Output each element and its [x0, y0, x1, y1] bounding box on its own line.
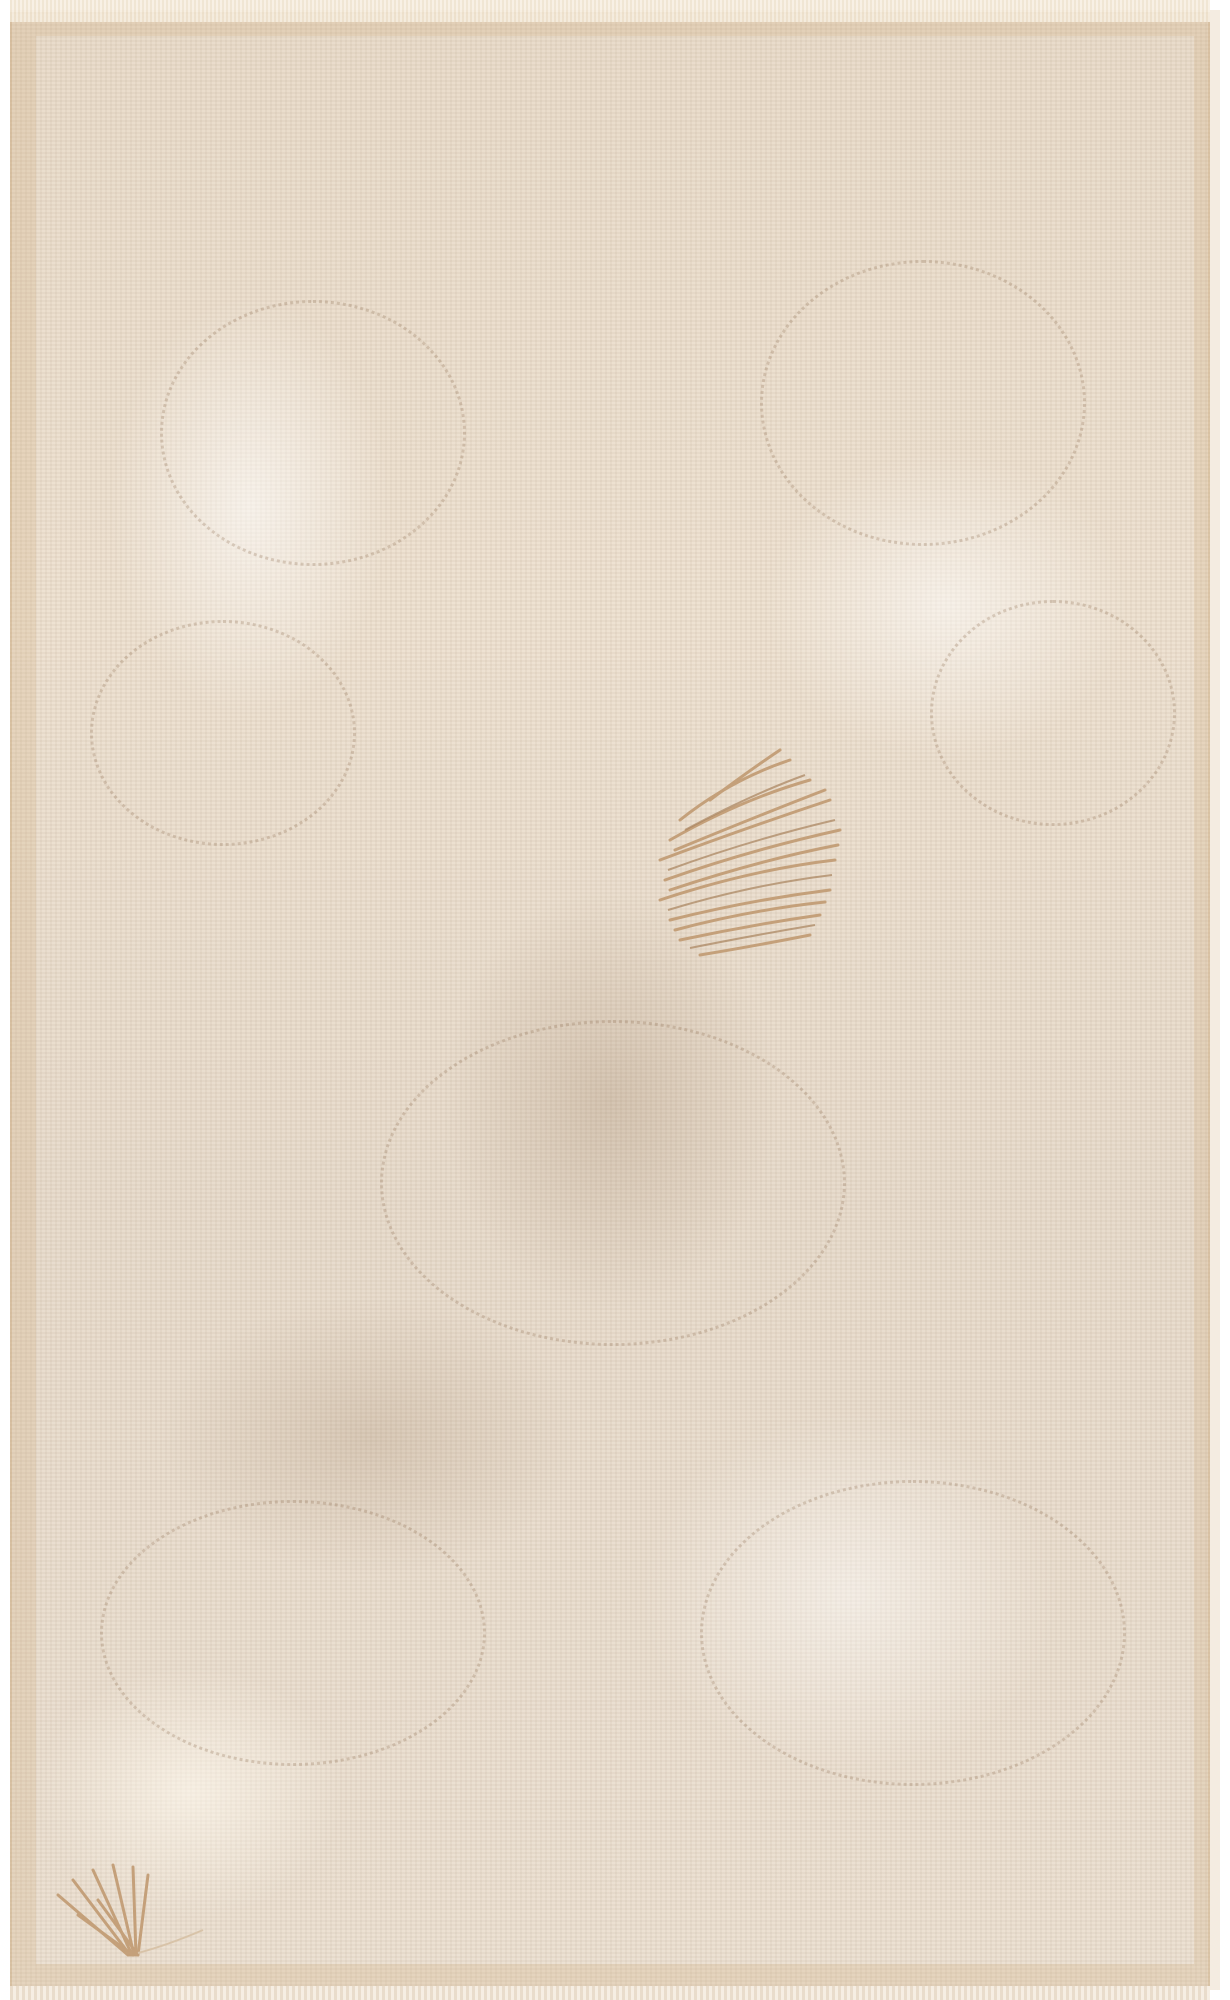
bottom-edge: [10, 1986, 1210, 2000]
pattern-medallion: [700, 1480, 1126, 1786]
center-fringe-tuft: [640, 740, 860, 970]
pattern-medallion: [760, 260, 1086, 546]
top-fringe-edge: [10, 0, 1210, 22]
pattern-medallion: [90, 620, 356, 846]
corner-fringe-tuft: [38, 1855, 208, 1965]
pattern-medallion: [930, 600, 1176, 826]
pattern-medallion: [380, 1020, 846, 1346]
pattern-medallion: [100, 1500, 486, 1766]
pattern-medallion: [160, 300, 466, 566]
